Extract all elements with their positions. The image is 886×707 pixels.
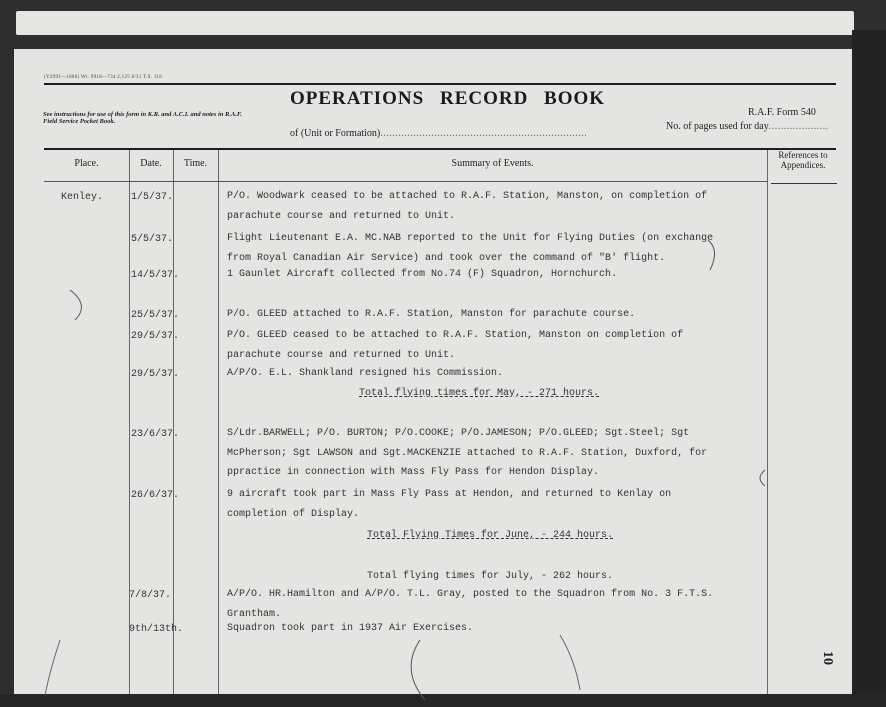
scan-fiber-marks xyxy=(0,0,886,707)
